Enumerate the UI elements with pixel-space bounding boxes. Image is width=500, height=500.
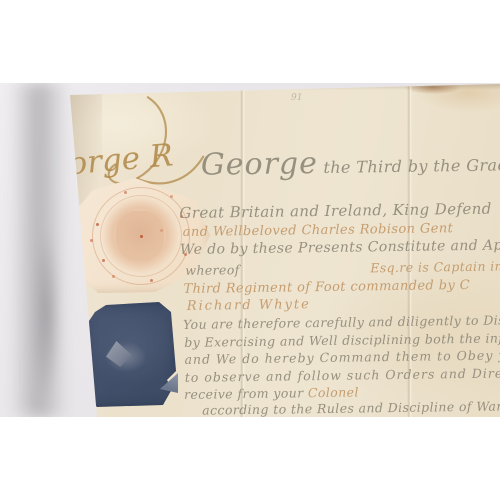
manuscript-line: Third Regiment of Foot commanded by C — [183, 278, 470, 297]
manuscript-line: receive from your Colonel — [184, 384, 359, 401]
manuscript-line: according to the Rules and Discipline of… — [202, 398, 500, 417]
backdrop-shadow — [30, 203, 64, 417]
manuscript-line: George the Third by the Grace of G — [201, 151, 500, 179]
manuscript-line: by Exercising and Well disciplining both… — [184, 330, 500, 350]
manuscript-line-text: according to the Rules and Discipline of… — [202, 398, 500, 417]
manuscript-line: whereof Esq.re is Captain in — [185, 259, 500, 278]
manuscript-line-text: Colonel — [308, 384, 359, 400]
manuscript-line-text: We do by these Presents Constitute and A… — [180, 237, 500, 258]
parchment-document: 91 George R George the Third by the Grac — [0, 83, 500, 417]
manuscript-line-text: Esq.re is Captain in — [370, 258, 500, 275]
manuscript-line-text: Third Regiment of Foot commanded by C — [183, 278, 470, 297]
manuscript-line-text: and Wellbeloved Charles Robison Gent — [183, 221, 454, 240]
manuscript-line: We do by these Presents Constitute and A… — [180, 237, 500, 258]
manuscript-line-text: the Third by the Grace of G — [318, 155, 500, 177]
manuscript-line: Great Britain and Ireland, King Defend — [179, 200, 492, 222]
manuscript-line-text: by Exercising and Well disciplining both… — [184, 330, 500, 350]
manuscript-line-text: You are therefore carefully and diligent… — [183, 312, 500, 332]
manuscript-line-text: receive from your — [184, 385, 308, 402]
opening-word: George — [201, 146, 319, 183]
manuscript-line: You are therefore carefully and diligent… — [183, 312, 500, 332]
photo-viewer: 91 George R George the Third by the Grac — [0, 0, 500, 500]
manuscript-line-text: Richard Whyte — [187, 297, 311, 314]
manuscript-line-text: to observe and follow such Orders and Di… — [185, 365, 500, 385]
manuscript-line-text: whereof — [185, 262, 240, 278]
manuscript-line-text: and We do hereby Command them to Obey yo — [184, 347, 500, 367]
manuscript-line-text: Great Britain and Ireland, King Defend — [179, 200, 492, 222]
manuscript-line: Richard Whyte — [187, 297, 311, 314]
manuscript-line: and We do hereby Command them to Obey yo — [184, 347, 500, 367]
manuscript-text: George the Third by the Grace of G Great… — [0, 83, 500, 417]
manuscript-line: and Wellbeloved Charles Robison Gent — [183, 221, 454, 240]
document-photo: 91 George R George the Third by the Grac — [0, 83, 500, 417]
manuscript-line: to observe and follow such Orders and Di… — [185, 365, 500, 385]
